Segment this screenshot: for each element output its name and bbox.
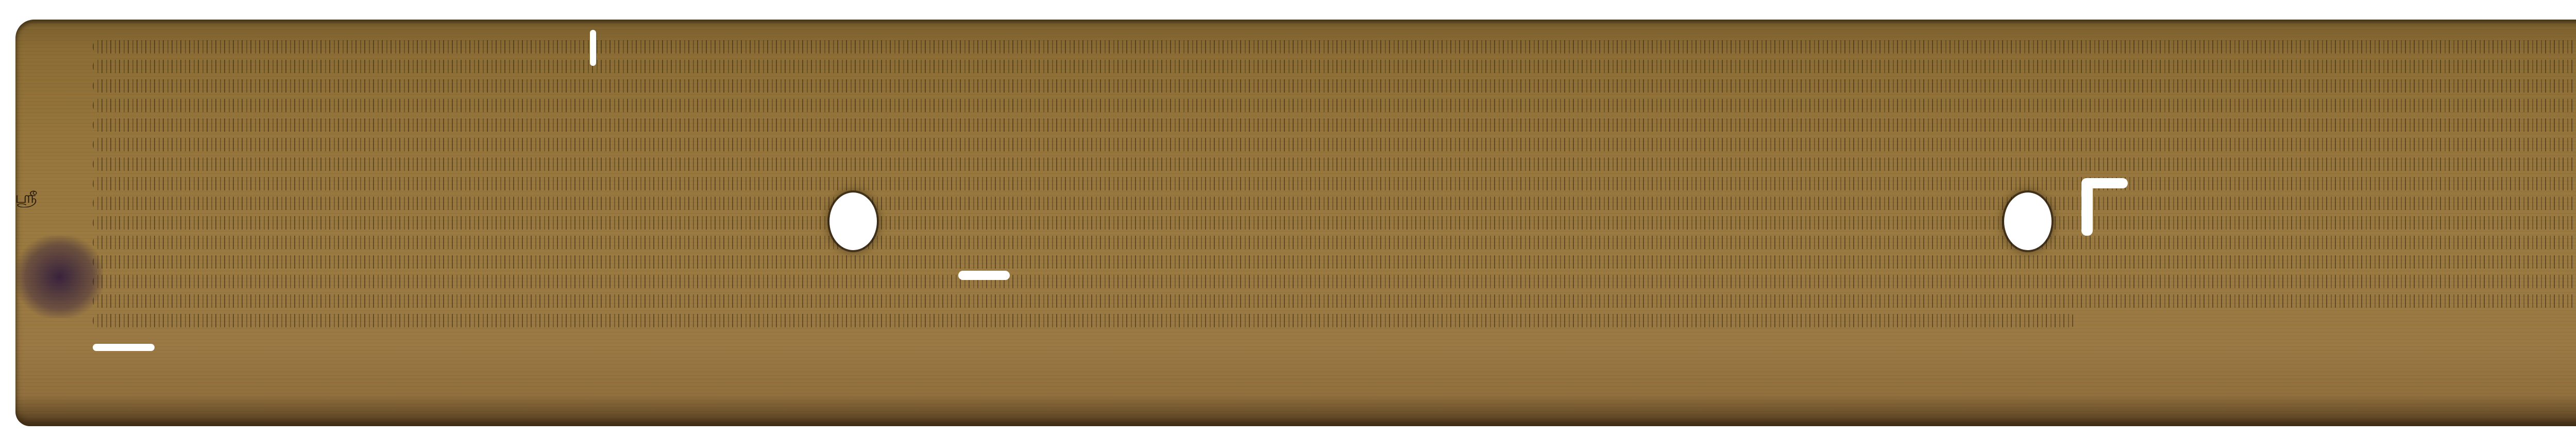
script-line [93,294,2576,308]
ink-stain [15,236,103,318]
wormhole-damage [93,344,155,351]
script-line [93,314,2076,327]
wormhole-damage [590,30,596,66]
script-line [93,99,2576,112]
palm-leaf: ஶ்ரீ 6 4 1 [15,20,2576,426]
script-line [93,60,2576,73]
script-line [93,255,2576,269]
script-line [93,138,2576,151]
script-line [93,197,2576,210]
wormhole-damage [958,271,1010,280]
script-line [93,177,2576,190]
script-line [93,79,2576,93]
string-hole-left [829,192,877,250]
script-line [93,236,2576,249]
script-line [93,157,2576,171]
script-line [93,118,2576,132]
manuscript-text-block [93,40,2576,328]
script-line [93,216,2576,230]
script-line [93,275,2576,288]
margin-note: ஶ்ரீ [15,189,37,209]
wormhole-damage [2081,178,2128,188]
leaf-bottom-edge-shadow [15,395,2576,426]
string-hole-right [2004,192,2052,250]
script-line [93,40,2576,54]
